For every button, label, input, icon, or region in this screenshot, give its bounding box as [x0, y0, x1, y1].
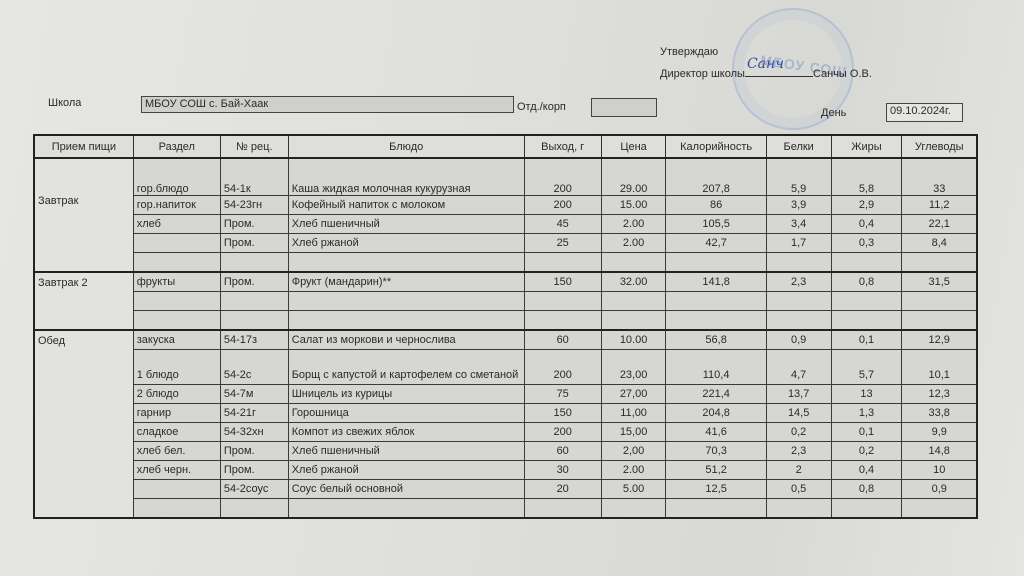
- table-row: гарнир54-21гГорошница15011,00204,814,51,…: [34, 404, 977, 423]
- table-row: Обедзакуска54-17зСалат из моркови и черн…: [34, 330, 977, 350]
- cell-price: 27,00: [601, 385, 666, 404]
- cell-output: 200: [524, 196, 601, 215]
- cell-carbs: 10,1: [902, 350, 977, 385]
- day-label: День: [821, 107, 846, 119]
- cell-carbs: 33,8: [902, 404, 977, 423]
- column-header: Углеводы: [902, 135, 977, 158]
- cell-section: [133, 234, 220, 253]
- cell-protein: 1,7: [766, 234, 831, 253]
- table-row: [34, 311, 977, 331]
- table-row: хлебПром.Хлеб пшеничный452.00105,53,40,4…: [34, 215, 977, 234]
- cell-calories: 204,8: [666, 404, 766, 423]
- cell-protein: [766, 499, 831, 519]
- cell-recipe: 54-7м: [220, 385, 288, 404]
- cell-carbs: 33: [902, 158, 977, 196]
- cell-price: 11,00: [601, 404, 666, 423]
- cell-section: [133, 499, 220, 519]
- meal-cell: Завтрак 2: [34, 272, 133, 330]
- cell-recipe: 54-21г: [220, 404, 288, 423]
- cell-dish: Горошница: [288, 404, 524, 423]
- cell-dish: Салат из моркови и чернослива: [288, 330, 524, 350]
- table-row: 2 блюдо54-7мШницель из курицы7527,00221,…: [34, 385, 977, 404]
- cell-calories: 12,5: [666, 480, 766, 499]
- cell-section: закуска: [133, 330, 220, 350]
- cell-fat: 5,8: [831, 158, 902, 196]
- menu-table: Прием пищиРаздел№ рец.БлюдоВыход, гЦенаК…: [33, 134, 978, 519]
- cell-section: гарнир: [133, 404, 220, 423]
- cell-recipe: 54-2с: [220, 350, 288, 385]
- cell-protein: 3,4: [766, 215, 831, 234]
- cell-protein: 2,3: [766, 442, 831, 461]
- cell-recipe: 54-17з: [220, 330, 288, 350]
- cell-fat: 0,4: [831, 215, 902, 234]
- cell-output: 150: [524, 272, 601, 292]
- dept-field: [591, 98, 657, 117]
- column-header: Калорийность: [666, 135, 766, 158]
- cell-output: 75: [524, 385, 601, 404]
- meal-cell: Обед: [34, 330, 133, 518]
- cell-calories: 110,4: [666, 350, 766, 385]
- cell-price: 15.00: [601, 196, 666, 215]
- cell-dish: Компот из свежих яблок: [288, 423, 524, 442]
- director-label: Директор школы: [660, 68, 745, 80]
- cell-dish: Соус белый основной: [288, 480, 524, 499]
- cell-output: 200: [524, 350, 601, 385]
- table-row: сладкое54-32хнКомпот из свежих яблок2001…: [34, 423, 977, 442]
- cell-price: 29.00: [601, 158, 666, 196]
- cell-carbs: 12,3: [902, 385, 977, 404]
- cell-carbs: 10: [902, 461, 977, 480]
- cell-output: 200: [524, 423, 601, 442]
- cell-protein: [766, 292, 831, 311]
- column-header: № рец.: [220, 135, 288, 158]
- table-row: Завтракгор.блюдо54-1кКаша жидкая молочна…: [34, 158, 977, 196]
- cell-price: 32.00: [601, 272, 666, 292]
- cell-calories: 105,5: [666, 215, 766, 234]
- cell-dish: Хлеб ржаной: [288, 461, 524, 480]
- cell-price: [601, 499, 666, 519]
- signature-line: Санч: [745, 66, 813, 77]
- cell-dish: [288, 311, 524, 331]
- cell-output: 45: [524, 215, 601, 234]
- cell-carbs: 0,9: [902, 480, 977, 499]
- school-field: МБОУ СОШ с. Бай-Хаак: [141, 96, 514, 113]
- table-row: 54-2соусСоус белый основной205.0012,50,5…: [34, 480, 977, 499]
- cell-carbs: [902, 311, 977, 331]
- cell-calories: 86: [666, 196, 766, 215]
- cell-output: 200: [524, 158, 601, 196]
- cell-section: сладкое: [133, 423, 220, 442]
- cell-dish: Шницель из курицы: [288, 385, 524, 404]
- cell-protein: 4,7: [766, 350, 831, 385]
- cell-calories: 207,8: [666, 158, 766, 196]
- cell-price: 2.00: [601, 215, 666, 234]
- cell-price: [601, 292, 666, 311]
- cell-carbs: [902, 253, 977, 273]
- cell-carbs: 8,4: [902, 234, 977, 253]
- cell-protein: 0,5: [766, 480, 831, 499]
- cell-recipe: 54-2соус: [220, 480, 288, 499]
- table-row: 1 блюдо54-2сБорщ с капустой и картофелем…: [34, 350, 977, 385]
- cell-fat: 1,3: [831, 404, 902, 423]
- cell-fat: 0,3: [831, 234, 902, 253]
- cell-carbs: 11,2: [902, 196, 977, 215]
- cell-price: 2.00: [601, 234, 666, 253]
- cell-carbs: 12,9: [902, 330, 977, 350]
- cell-calories: 141,8: [666, 272, 766, 292]
- table-row: хлеб черн.Пром.Хлеб ржаной302.0051,220,4…: [34, 461, 977, 480]
- cell-output: 25: [524, 234, 601, 253]
- cell-fat: 0,8: [831, 480, 902, 499]
- cell-recipe: Пром.: [220, 442, 288, 461]
- cell-recipe: [220, 292, 288, 311]
- cell-fat: 0,2: [831, 442, 902, 461]
- cell-protein: 14,5: [766, 404, 831, 423]
- table-row: хлеб бел.Пром.Хлеб пшеничный602,0070,32,…: [34, 442, 977, 461]
- table-row: гор.напиток54-23гнКофейный напиток с мол…: [34, 196, 977, 215]
- cell-dish: Хлеб ржаной: [288, 234, 524, 253]
- cell-section: хлеб бел.: [133, 442, 220, 461]
- cell-protein: [766, 253, 831, 273]
- dept-label: Отд./корп: [517, 101, 566, 113]
- cell-fat: [831, 253, 902, 273]
- cell-dish: Хлеб пшеничный: [288, 215, 524, 234]
- column-header: Белки: [766, 135, 831, 158]
- cell-fat: [831, 311, 902, 331]
- cell-calories: 70,3: [666, 442, 766, 461]
- cell-section: гор.блюдо: [133, 158, 220, 196]
- cell-recipe: 54-32хн: [220, 423, 288, 442]
- cell-calories: [666, 311, 766, 331]
- cell-section: [133, 292, 220, 311]
- cell-recipe: Пром.: [220, 461, 288, 480]
- cell-protein: 2,3: [766, 272, 831, 292]
- cell-output: [524, 311, 601, 331]
- cell-price: 5.00: [601, 480, 666, 499]
- cell-section: [133, 311, 220, 331]
- cell-recipe: [220, 253, 288, 273]
- cell-dish: Каша жидкая молочная кукурузная: [288, 158, 524, 196]
- cell-carbs: 31,5: [902, 272, 977, 292]
- cell-output: [524, 292, 601, 311]
- cell-output: 60: [524, 330, 601, 350]
- table-row: [34, 292, 977, 311]
- cell-output: 150: [524, 404, 601, 423]
- cell-dish: Борщ с капустой и картофелем со сметаной: [288, 350, 524, 385]
- director-name: Санчы О.В.: [813, 68, 872, 80]
- cell-section: [133, 253, 220, 273]
- cell-price: 2,00: [601, 442, 666, 461]
- cell-section: фрукты: [133, 272, 220, 292]
- cell-dish: Хлеб пшеничный: [288, 442, 524, 461]
- cell-protein: 13,7: [766, 385, 831, 404]
- cell-fat: 5,7: [831, 350, 902, 385]
- approve-label: Утверждаю: [660, 46, 718, 58]
- cell-recipe: 54-1к: [220, 158, 288, 196]
- cell-protein: 2: [766, 461, 831, 480]
- cell-dish: [288, 292, 524, 311]
- cell-recipe: Пром.: [220, 215, 288, 234]
- cell-price: 23,00: [601, 350, 666, 385]
- column-header: Блюдо: [288, 135, 524, 158]
- table-header-row: Прием пищиРаздел№ рец.БлюдоВыход, гЦенаК…: [34, 135, 977, 158]
- column-header: Выход, г: [524, 135, 601, 158]
- column-header: Прием пищи: [34, 135, 133, 158]
- cell-output: 30: [524, 461, 601, 480]
- cell-section: 1 блюдо: [133, 350, 220, 385]
- cell-output: [524, 253, 601, 273]
- cell-calories: 56,8: [666, 330, 766, 350]
- day-field: 09.10.2024г.: [886, 103, 963, 122]
- cell-fat: 0,1: [831, 330, 902, 350]
- column-header: Жиры: [831, 135, 902, 158]
- cell-fat: 13: [831, 385, 902, 404]
- cell-calories: [666, 499, 766, 519]
- cell-fat: 0,1: [831, 423, 902, 442]
- column-header: Цена: [601, 135, 666, 158]
- cell-protein: [766, 311, 831, 331]
- director-line: Директор школыСанчСанчы О.В.: [660, 66, 872, 80]
- cell-section: хлеб черн.: [133, 461, 220, 480]
- cell-fat: [831, 292, 902, 311]
- cell-dish: Фрукт (мандарин)**: [288, 272, 524, 292]
- cell-protein: 0,9: [766, 330, 831, 350]
- cell-carbs: 14,8: [902, 442, 977, 461]
- cell-dish: [288, 499, 524, 519]
- cell-price: 2.00: [601, 461, 666, 480]
- cell-calories: [666, 253, 766, 273]
- cell-section: [133, 480, 220, 499]
- meal-cell: Завтрак: [34, 158, 133, 272]
- table-row: Пром.Хлеб ржаной252.0042,71,70,38,4: [34, 234, 977, 253]
- cell-price: 10.00: [601, 330, 666, 350]
- cell-section: гор.напиток: [133, 196, 220, 215]
- cell-price: 15,00: [601, 423, 666, 442]
- cell-price: [601, 253, 666, 273]
- cell-fat: 0,4: [831, 461, 902, 480]
- cell-protein: 0,2: [766, 423, 831, 442]
- cell-recipe: [220, 311, 288, 331]
- column-header: Раздел: [133, 135, 220, 158]
- cell-carbs: [902, 499, 977, 519]
- cell-carbs: 9,9: [902, 423, 977, 442]
- cell-output: [524, 499, 601, 519]
- table-row: Завтрак 2фруктыПром.Фрукт (мандарин)**15…: [34, 272, 977, 292]
- cell-protein: 5,9: [766, 158, 831, 196]
- cell-price: [601, 311, 666, 331]
- cell-fat: 0,8: [831, 272, 902, 292]
- cell-section: хлеб: [133, 215, 220, 234]
- cell-fat: 2,9: [831, 196, 902, 215]
- table-row: [34, 499, 977, 519]
- cell-calories: 41,6: [666, 423, 766, 442]
- cell-calories: 42,7: [666, 234, 766, 253]
- cell-recipe: Пром.: [220, 272, 288, 292]
- signature: Санч: [747, 56, 784, 72]
- paper-sheet: МБОУ СОШ Утверждаю Директор школыСанчСан…: [0, 0, 1024, 576]
- cell-calories: [666, 292, 766, 311]
- cell-dish: Кофейный напиток с молоком: [288, 196, 524, 215]
- cell-recipe: Пром.: [220, 234, 288, 253]
- school-label: Школа: [48, 97, 81, 109]
- cell-recipe: [220, 499, 288, 519]
- cell-output: 60: [524, 442, 601, 461]
- cell-section: 2 блюдо: [133, 385, 220, 404]
- cell-calories: 51,2: [666, 461, 766, 480]
- cell-protein: 3,9: [766, 196, 831, 215]
- cell-recipe: 54-23гн: [220, 196, 288, 215]
- cell-dish: [288, 253, 524, 273]
- cell-fat: [831, 499, 902, 519]
- table-row: [34, 253, 977, 273]
- cell-calories: 221,4: [666, 385, 766, 404]
- cell-carbs: 22,1: [902, 215, 977, 234]
- cell-output: 20: [524, 480, 601, 499]
- cell-carbs: [902, 292, 977, 311]
